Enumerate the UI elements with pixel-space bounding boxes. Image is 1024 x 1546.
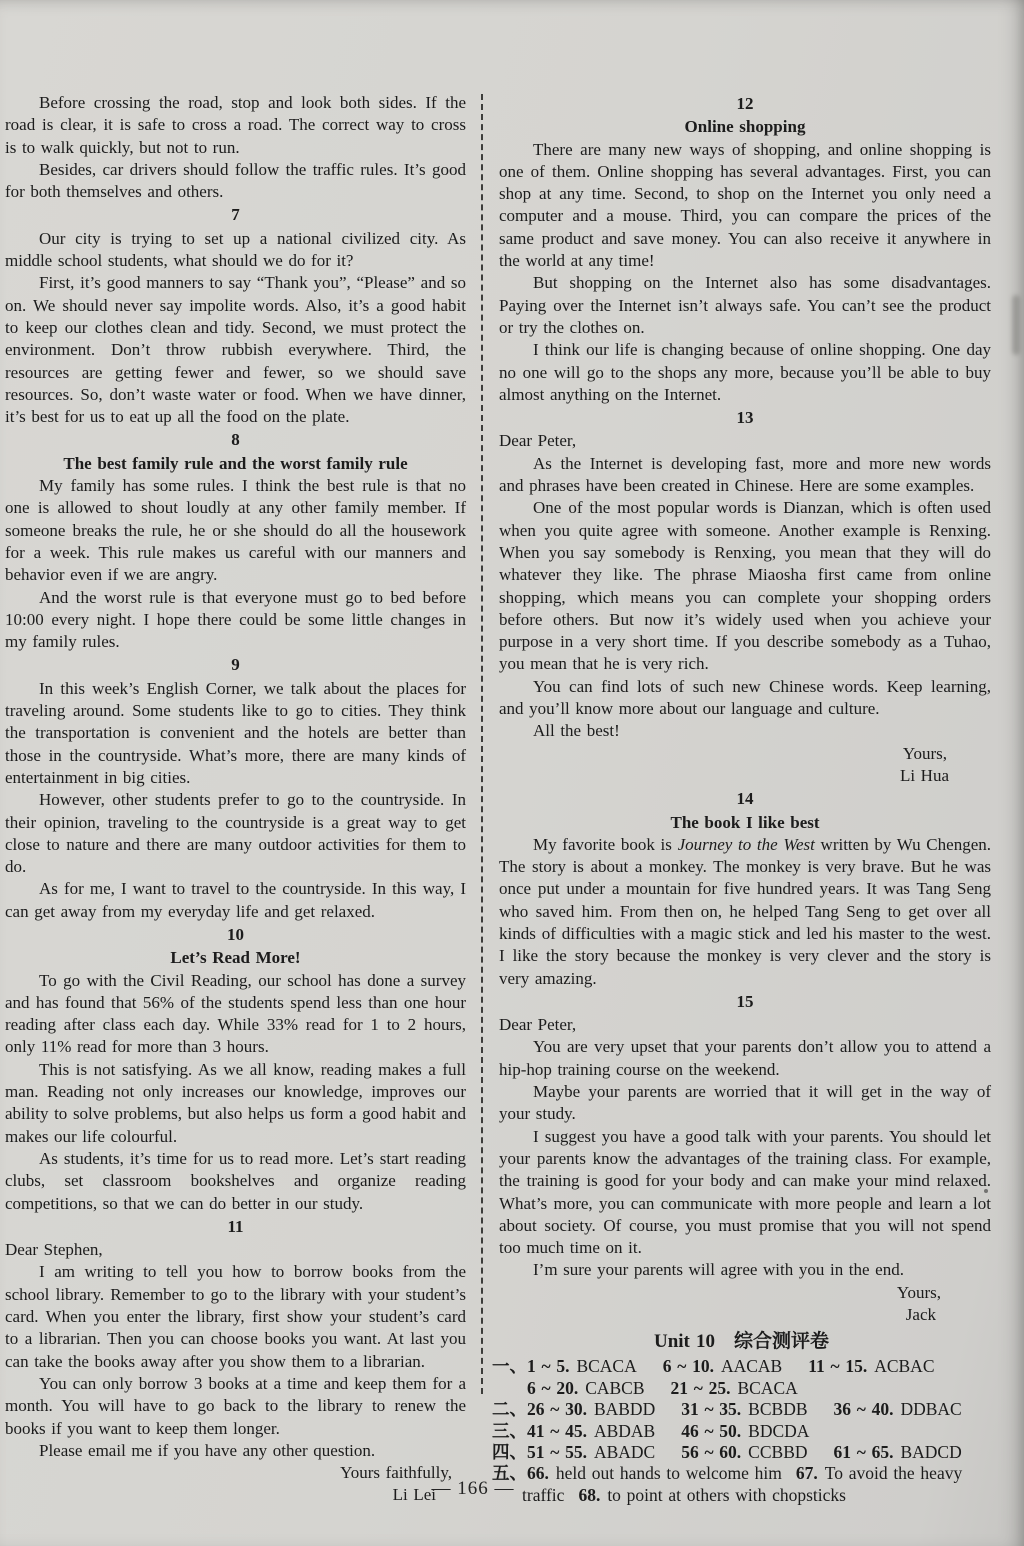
answer-item: 31 ~ 35.BCBDB <box>681 1399 807 1419</box>
paragraph: As for me, I want to travel to the count… <box>5 878 466 923</box>
paragraph: Besides, car drivers should follow the t… <box>5 159 466 204</box>
answer-letters: BABDD <box>594 1399 655 1419</box>
answer-range: 61 ~ 65. <box>834 1442 894 1462</box>
answer-row: 二、26 ~ 30.BABDD31 ~ 35.BCBDB36 ~ 40.DDBA… <box>492 1399 991 1420</box>
section-number: 9 <box>5 654 466 676</box>
answer-range: 56 ~ 60. <box>681 1442 741 1462</box>
section-title: Online shopping <box>499 116 991 138</box>
answer-row-marker: 一、 <box>492 1356 527 1376</box>
answer-row-marker: 二、 <box>492 1399 527 1419</box>
answer-range: 1 ~ 5. <box>527 1356 569 1376</box>
section-number: 8 <box>5 429 466 451</box>
answer-letters: ACBAC <box>874 1356 934 1376</box>
answer-letters: BCACA <box>737 1378 797 1398</box>
paragraph: All the best! <box>499 720 991 742</box>
answer-row-marker: 三、 <box>492 1421 527 1441</box>
answer-letters: AACAB <box>721 1356 782 1376</box>
answer-letters: ABADC <box>594 1442 655 1462</box>
scanned-workbook-page: Before crossing the road, stop and look … <box>0 0 1024 1546</box>
paragraph: First, it’s good manners to say “Thank y… <box>5 272 466 428</box>
answer-range: 41 ~ 45. <box>527 1421 587 1441</box>
answer-range: 6 ~ 20. <box>527 1378 578 1398</box>
answer-range: 6 ~ 10. <box>663 1356 714 1376</box>
answer-row: 三、41 ~ 45.ABDAB46 ~ 50.BDCDA <box>492 1421 991 1442</box>
paragraph: You can only borrow 3 books at a time an… <box>5 1373 466 1440</box>
letter-salutation: Dear Peter, <box>499 1014 991 1036</box>
answer-item: 1 ~ 5.BCACA <box>527 1356 637 1376</box>
left-column: Before crossing the road, stop and look … <box>5 92 466 1507</box>
answer-range: 31 ~ 35. <box>681 1399 741 1419</box>
paragraph-text: My favorite book is <box>533 835 678 854</box>
letter-signature: Jack <box>499 1304 991 1326</box>
answer-item: 41 ~ 45.ABDAB <box>527 1421 655 1441</box>
paragraph: Before crossing the road, stop and look … <box>5 92 466 159</box>
section-number: 11 <box>5 1216 466 1238</box>
answer-item: 46 ~ 50.BDCDA <box>681 1421 809 1441</box>
answer-letters: CCBBD <box>748 1442 807 1462</box>
answer-letters: BADCD <box>900 1442 961 1462</box>
letter-salutation: Dear Peter, <box>499 430 991 452</box>
answer-item: 6 ~ 20.CABCB <box>527 1378 645 1398</box>
paragraph: However, other students prefer to go to … <box>5 789 466 878</box>
scan-artifact <box>984 1189 988 1193</box>
answer-item: 21 ~ 25.BCACA <box>671 1378 798 1398</box>
answer-item: 26 ~ 30.BABDD <box>527 1399 655 1419</box>
letter-salutation: Dear Stephen, <box>5 1239 466 1261</box>
answer-item: 51 ~ 55.ABADC <box>527 1442 655 1462</box>
answer-range: 26 ~ 30. <box>527 1399 587 1419</box>
paragraph: I am writing to tell you how to borrow b… <box>5 1261 466 1372</box>
paragraph: I’m sure your parents will agree with yo… <box>499 1259 991 1281</box>
answer-letters: BCBDB <box>748 1399 807 1419</box>
answer-letters: CABCB <box>585 1378 644 1398</box>
answer-row: 一、1 ~ 5.BCACA6 ~ 10.AACAB11 ~ 15.ACBAC <box>492 1356 991 1377</box>
paragraph: And the worst rule is that everyone must… <box>5 587 466 654</box>
answer-letters: BCACA <box>576 1356 636 1376</box>
paragraph: To go with the Civil Reading, our school… <box>5 970 466 1059</box>
letter-closing: Yours, <box>499 743 991 765</box>
answer-item: 36 ~ 40.DDBAC <box>834 1399 962 1419</box>
answer-row: 四、51 ~ 55.ABADC56 ~ 60.CCBBD61 ~ 65.BADC… <box>492 1442 991 1463</box>
answer-item: 6 ~ 10.AACAB <box>663 1356 782 1376</box>
paragraph: Please email me if you have any other qu… <box>5 1440 466 1462</box>
answer-range: 51 ~ 55. <box>527 1442 587 1462</box>
paragraph: Maybe your parents are worried that it w… <box>499 1081 991 1126</box>
answer-letters: DDBAC <box>900 1399 961 1419</box>
paragraph: As students, it’s time for us to read mo… <box>5 1148 466 1215</box>
letter-closing: Yours, <box>499 1282 991 1304</box>
answer-item: 11 ~ 15.ACBAC <box>808 1356 934 1376</box>
answer-key-title: Unit 10 综合测评卷 <box>492 1328 991 1355</box>
answer-row: 6 ~ 20.CABCB21 ~ 25.BCACA <box>492 1378 991 1399</box>
section-number: 12 <box>499 93 991 115</box>
answer-item: 56 ~ 60.CCBBD <box>681 1442 807 1462</box>
paragraph: But shopping on the Internet also has so… <box>499 272 991 339</box>
section-title: The book I like best <box>499 812 991 834</box>
section-number: 14 <box>499 788 991 810</box>
section-number: 15 <box>499 991 991 1013</box>
scan-artifact <box>1012 295 1020 355</box>
paragraph: You can find lots of such new Chinese wo… <box>499 676 991 721</box>
paragraph: One of the most popular words is Dianzan… <box>499 497 991 675</box>
paragraph: My family has some rules. I think the be… <box>5 475 466 586</box>
answer-letters: ABDAB <box>594 1421 655 1441</box>
page-number: — 166 — <box>0 1478 1024 1500</box>
column-divider <box>481 94 483 1394</box>
answer-item: 61 ~ 65.BADCD <box>834 1442 962 1462</box>
paragraph: Our city is trying to set up a national … <box>5 228 466 273</box>
paragraph: There are many new ways of shopping, and… <box>499 139 991 273</box>
book-title-italic: Journey to the West <box>678 835 815 854</box>
section-title: Let’s Read More! <box>5 947 466 969</box>
answer-letters: BDCDA <box>748 1421 809 1441</box>
paragraph: In this week’s English Corner, we talk a… <box>5 678 466 789</box>
answer-range: 21 ~ 25. <box>671 1378 731 1398</box>
paragraph: I suggest you have a good talk with your… <box>499 1126 991 1260</box>
section-title: The best family rule and the worst famil… <box>5 453 466 475</box>
answer-range: 11 ~ 15. <box>808 1356 867 1376</box>
section-number: 13 <box>499 407 991 429</box>
paragraph: My favorite book is Journey to the West … <box>499 834 991 990</box>
section-number: 7 <box>5 204 466 226</box>
answer-range: 36 ~ 40. <box>834 1399 894 1419</box>
paragraph: You are very upset that your parents don… <box>499 1036 991 1081</box>
paragraph: This is not satisfying. As we all know, … <box>5 1059 466 1148</box>
letter-signature: Li Hua <box>499 765 991 787</box>
paragraph: I think our life is changing because of … <box>499 339 991 406</box>
answer-row-marker: 四、 <box>492 1442 527 1462</box>
right-column: 12 Online shopping There are many new wa… <box>499 92 991 1506</box>
paragraph-text: written by Wu Chengen. The story is abou… <box>499 835 991 988</box>
answer-range: 46 ~ 50. <box>681 1421 741 1441</box>
paragraph: As the Internet is developing fast, more… <box>499 453 991 498</box>
section-number: 10 <box>5 924 466 946</box>
